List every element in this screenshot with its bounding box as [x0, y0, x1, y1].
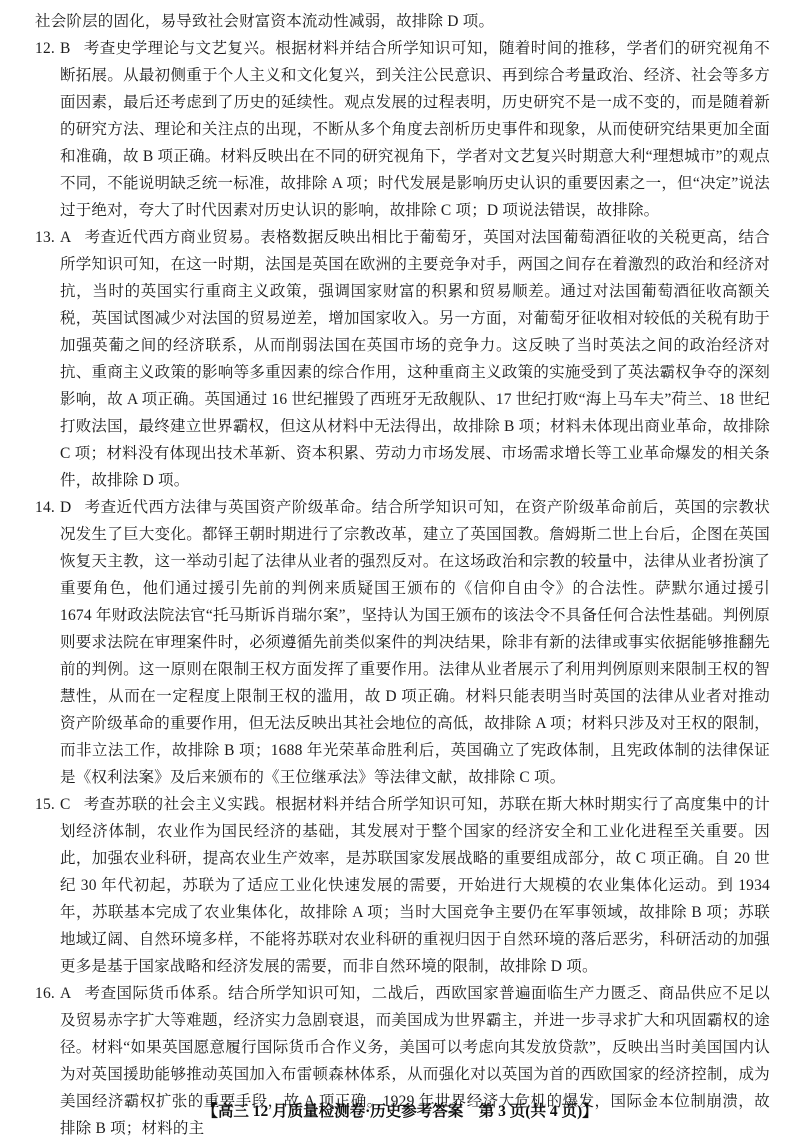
- item-text: 考查史学理论与文艺复兴。根据材料并结合所学知识可知，随着时间的推移，学者们的研究…: [60, 40, 770, 219]
- answers-list: 12.B考查史学理论与文艺复兴。根据材料并结合所学知识可知，随着时间的推移，学者…: [35, 35, 770, 1137]
- answer-sheet-page: 社会阶层的固化，易导致社会财富资本流动性减弱，故排除 D 项。 12.B考查史学…: [0, 0, 800, 1137]
- item-number: 14.: [35, 499, 55, 516]
- item-number: 15.: [35, 796, 55, 813]
- item-number: 13.: [35, 229, 55, 246]
- item-answer: A: [60, 229, 71, 246]
- answer-item: 12.B考查史学理论与文艺复兴。根据材料并结合所学知识可知，随着时间的推移，学者…: [35, 35, 770, 224]
- item-answer: D: [60, 499, 71, 516]
- answer-item: 14.D考查近代西方法律与英国资产阶级革命。结合所学知识可知，在资产阶级革命前后…: [35, 494, 770, 791]
- item-text: 考查近代西方商业贸易。表格数据反映出相比于葡萄牙，英国对法国葡萄酒征收的关税更高…: [60, 229, 770, 489]
- item-answer: A: [60, 985, 71, 1002]
- answer-item: 15.C考查苏联的社会主义实践。根据材料并结合所学知识可知，苏联在斯大林时期实行…: [35, 791, 770, 980]
- item-answer: B: [60, 40, 71, 57]
- item-number: 12.: [35, 40, 55, 57]
- item-number: 16.: [35, 985, 55, 1002]
- continuation-text: 社会阶层的固化，易导致社会财富资本流动性减弱，故排除 D 项。: [35, 8, 770, 35]
- page-footer: 【高三 12 月质量检测卷·历史参考答案 第 3 页(共 4 页)】: [0, 1101, 800, 1123]
- answer-item: 13.A考查近代西方商业贸易。表格数据反映出相比于葡萄牙，英国对法国葡萄酒征收的…: [35, 224, 770, 494]
- item-text: 考查苏联的社会主义实践。根据材料并结合所学知识可知，苏联在斯大林时期实行了高度集…: [60, 796, 770, 975]
- item-text: 考查近代西方法律与英国资产阶级革命。结合所学知识可知，在资产阶级革命前后，英国的…: [60, 499, 770, 786]
- item-answer: C: [60, 796, 71, 813]
